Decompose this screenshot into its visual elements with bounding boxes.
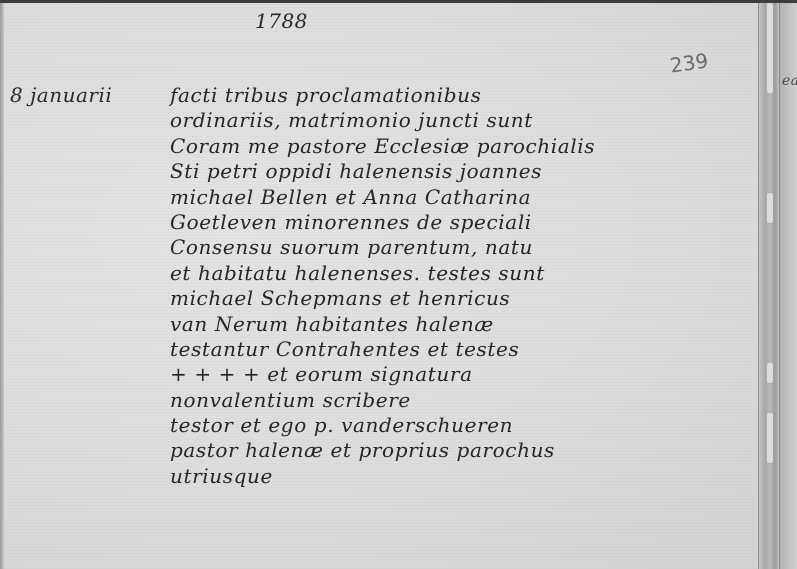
- record-line: michael Bellen et Anna Catharina: [170, 185, 750, 210]
- binding-crease: [767, 363, 773, 383]
- record-line: et habitatu halenenses. testes sunt: [170, 261, 750, 286]
- register-page: 1788 239 8 januarii facti tribus proclam…: [0, 3, 797, 569]
- record-line: michael Schepmans et henricus: [170, 286, 750, 311]
- page-left-edge: [0, 3, 4, 569]
- record-line: pastor halenæ et proprius parochus: [170, 438, 750, 463]
- binding-crease: [767, 413, 773, 463]
- record-line: utriusque: [170, 464, 750, 489]
- record-line: Consensu suorum parentum, natu: [170, 235, 750, 260]
- record-line: nonvalentium scribere: [170, 388, 750, 413]
- record-line: Goetleven minorennes de speciali: [170, 210, 750, 235]
- margin-date: 8 januarii: [10, 83, 112, 107]
- adjacent-page-ink: ea: [782, 73, 797, 89]
- record-line: Sti petri oppidi halenensis joannes: [170, 159, 750, 184]
- book-binding-gutter: [758, 3, 780, 569]
- marriage-record-text: facti tribus proclamationibus ordinariis…: [170, 83, 750, 489]
- record-line: Coram me pastore Ecclesiæ parochialis: [170, 134, 750, 159]
- folio-number: 239: [669, 48, 710, 77]
- record-line: testor et ego p. vanderschueren: [170, 413, 750, 438]
- record-line: + + + + et eorum signatura: [170, 362, 750, 387]
- record-line: testantur Contrahentes et testes: [170, 337, 750, 362]
- scan-frame: 1788 239 8 januarii facti tribus proclam…: [0, 0, 797, 569]
- record-line: facti tribus proclamationibus: [170, 83, 750, 108]
- record-line: van Nerum habitantes halenæ: [170, 312, 750, 337]
- binding-crease: [767, 3, 773, 93]
- record-line: ordinariis, matrimonio juncti sunt: [170, 108, 750, 133]
- year-header: 1788: [255, 9, 308, 33]
- binding-crease: [767, 193, 773, 223]
